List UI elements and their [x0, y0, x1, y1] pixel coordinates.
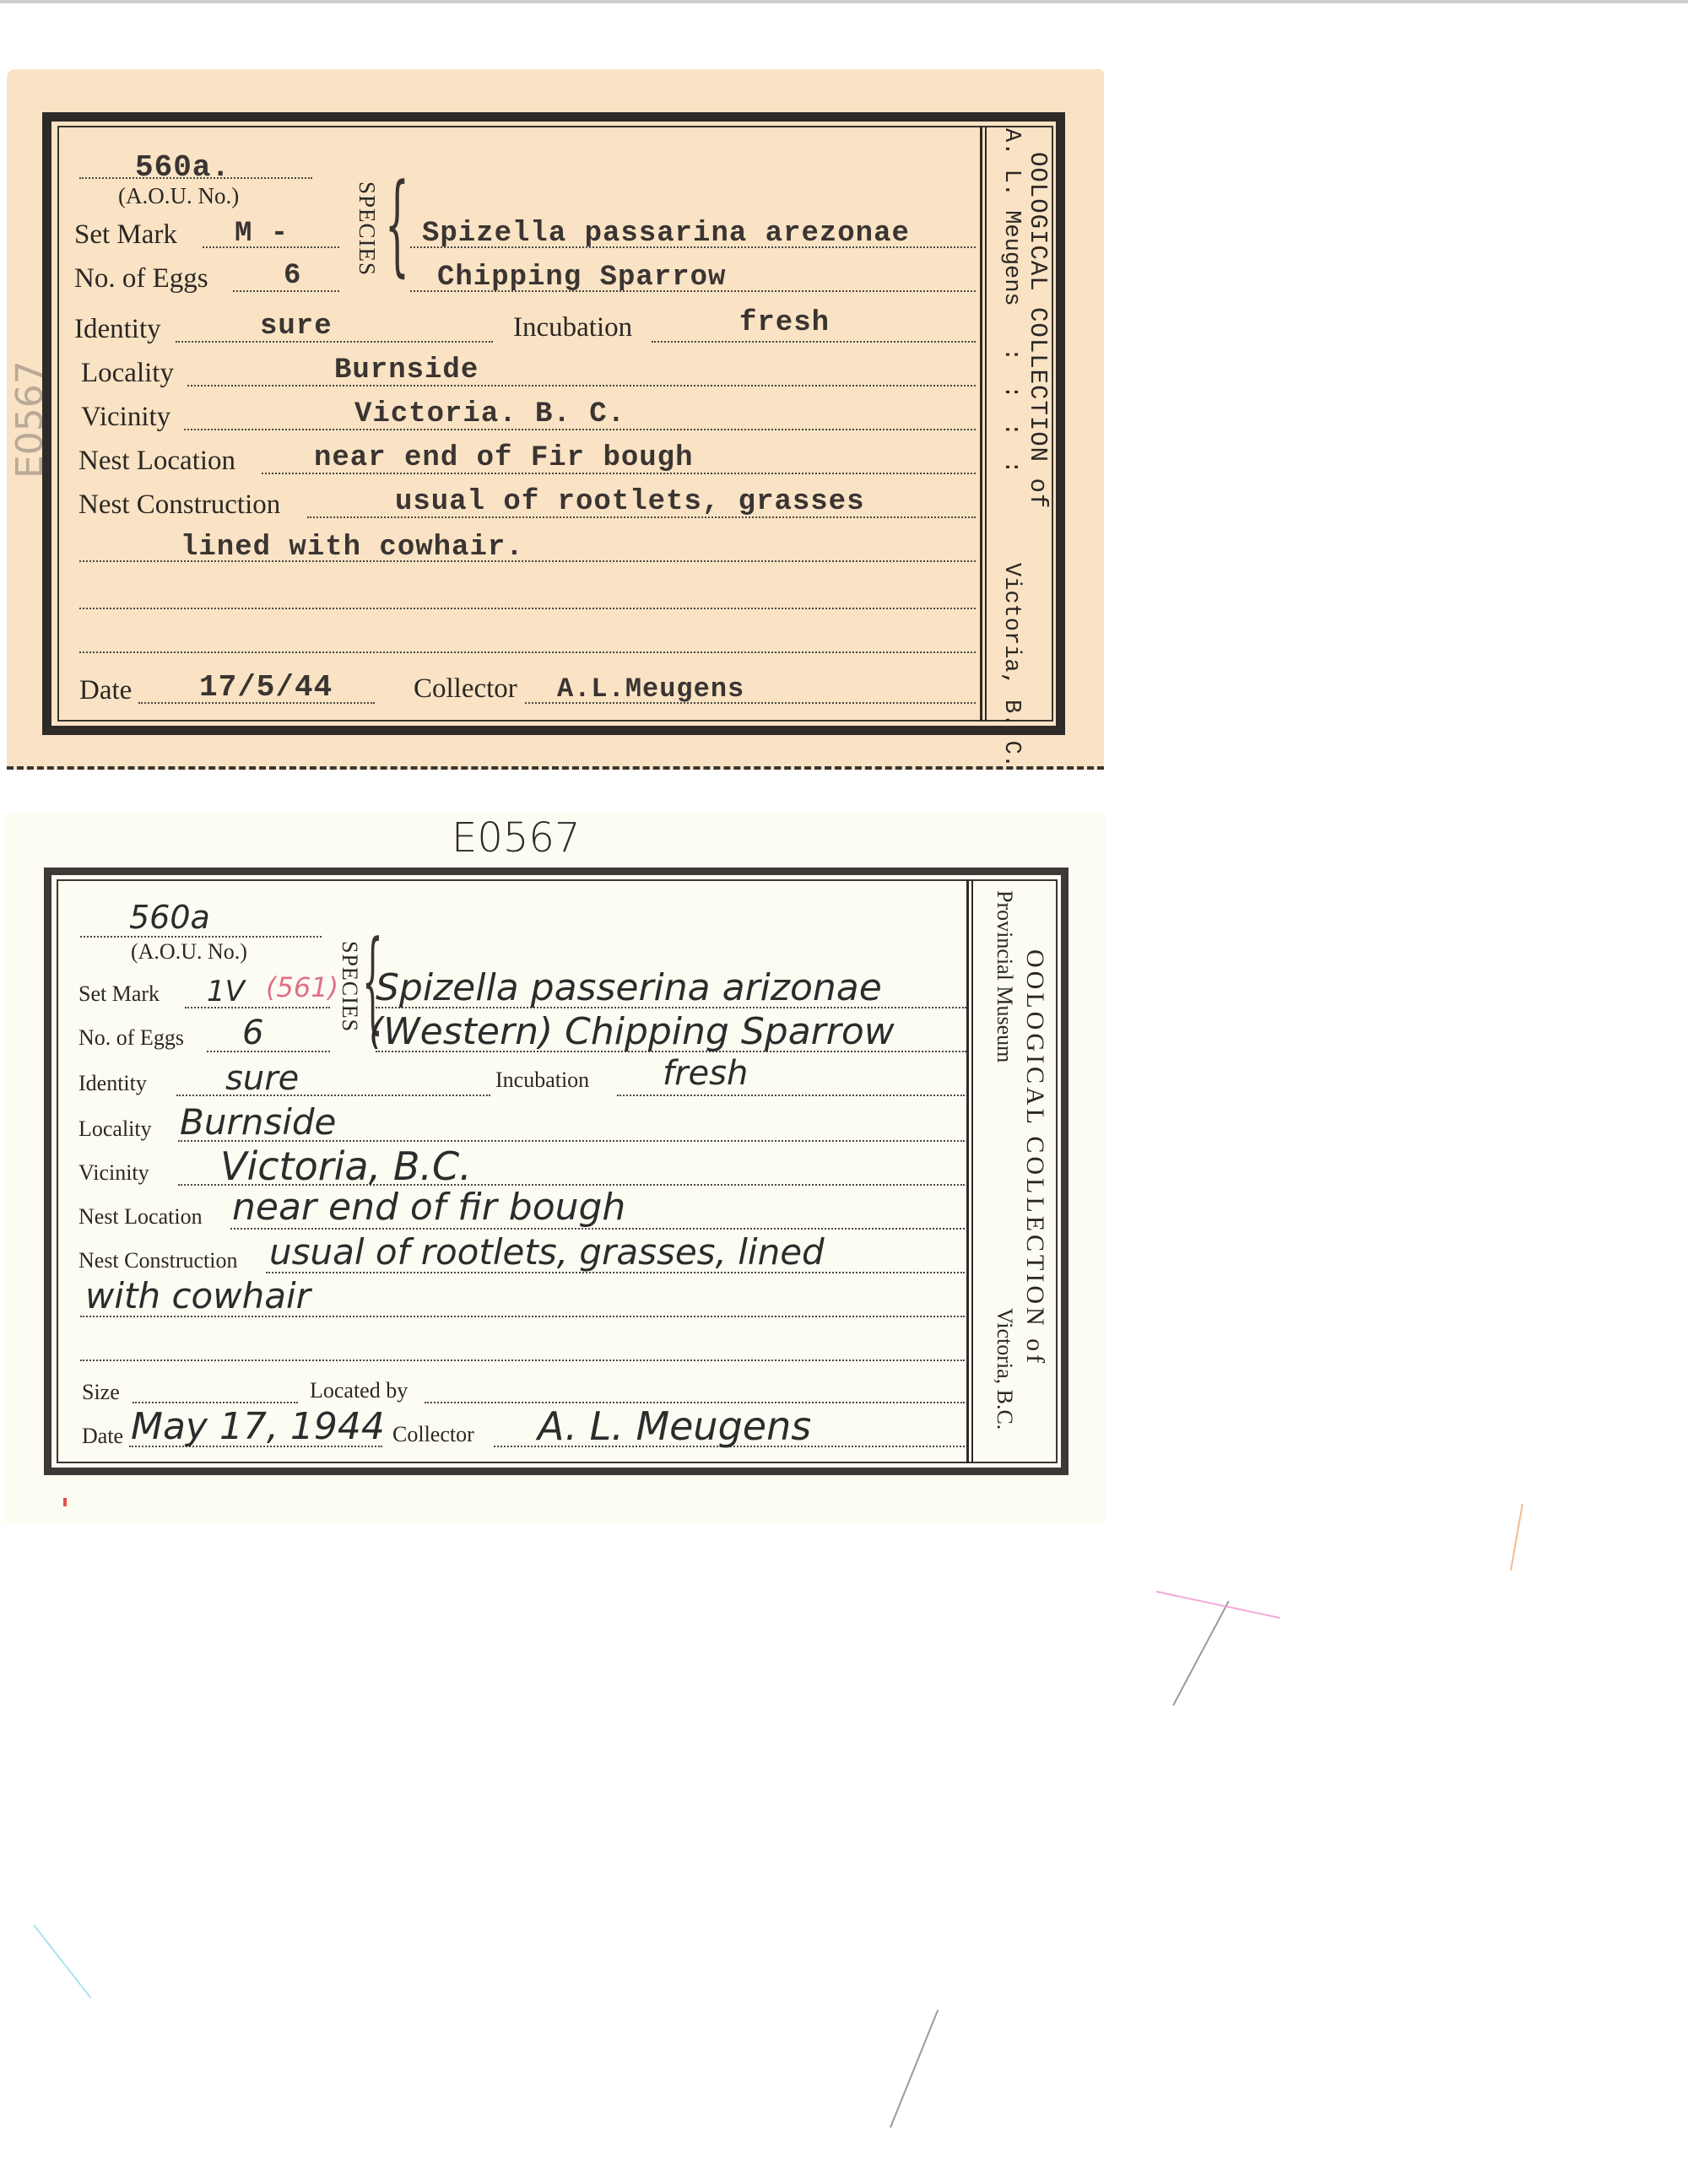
side-colons: : : : :: [998, 348, 1024, 478]
side-panel-divider: [966, 879, 973, 1463]
nest-construction-value-2: lined with cowhair.: [181, 532, 524, 564]
species-common: (Western) Chipping Sparrow: [369, 1010, 895, 1053]
identity-label: Identity: [78, 1071, 147, 1096]
locality-label: Locality: [78, 1116, 152, 1142]
nest-location-label: Nest Location: [78, 1204, 203, 1230]
date-value: 17/5/44: [199, 670, 333, 705]
nest-construction-value-2: with cowhair: [85, 1275, 311, 1316]
species-common: Chipping Sparrow: [437, 262, 726, 294]
eggs-label: No. of Eggs: [78, 1025, 184, 1051]
size-line: [133, 1402, 298, 1403]
vicinity-value: Victoria, B.C.: [220, 1143, 472, 1189]
collector-label: Collector: [392, 1422, 474, 1447]
set-mark-value: M -: [235, 218, 289, 250]
incubation-line: [617, 1095, 965, 1096]
vicinity-label: Vicinity: [78, 1160, 149, 1186]
nest-location-value: near end of Fir bough: [314, 442, 693, 474]
identity-line: [176, 341, 493, 343]
date-label: Date: [82, 1424, 123, 1449]
vicinity-value: Victoria. B. C.: [354, 398, 625, 430]
scan-top-edge: [0, 0, 1688, 3]
incubation-label: Incubation: [513, 312, 632, 343]
side-owner: A. L. Meugens: [998, 128, 1024, 306]
nest-construction-value-1: usual of rootlets, grasses: [395, 486, 865, 518]
blank-line-1: [80, 1360, 965, 1361]
incubation-value: fresh: [739, 307, 830, 339]
scan-artifact: [1510, 1504, 1523, 1570]
side-collection-title: OOLOGICAL COLLECTION of: [1024, 152, 1052, 509]
species-brace: {: [385, 169, 409, 278]
nest-construction-label: Nest Construction: [78, 489, 280, 521]
nest-construction-value-1: usual of rootlets, grasses, lined: [269, 1231, 825, 1273]
eggs-line: [207, 1051, 330, 1052]
set-mark-label: Set Mark: [74, 219, 177, 251]
species-scientific: Spizella passarina arezonae: [422, 218, 910, 250]
nest-location-label: Nest Location: [78, 446, 235, 477]
scan-artifact: [890, 2010, 939, 2128]
eggs-value: 6: [242, 1014, 263, 1052]
collector-value: A.L.Meugens: [557, 673, 744, 705]
identity-label: Identity: [74, 314, 161, 345]
nest-construction-label: Nest Construction: [78, 1248, 238, 1273]
identity-value: sure: [225, 1059, 299, 1098]
locality-value: Burnside: [334, 354, 479, 387]
incubation-label: Incubation: [495, 1068, 589, 1093]
aou-label: (A.O.U. No.): [118, 183, 239, 209]
vicinity-label: Vicinity: [81, 402, 170, 433]
side-panel-divider: [980, 126, 987, 722]
handwritten-specimen-card: E0567 OOLOGICAL COLLECTION of Provincial…: [4, 814, 1106, 1523]
blank-line-2: [79, 651, 976, 653]
date-label: Date: [79, 675, 132, 706]
aou-line: [80, 936, 322, 938]
size-label: Size: [82, 1380, 120, 1405]
blank-line-1: [79, 608, 976, 609]
locality-label: Locality: [81, 358, 174, 389]
aou-label: (A.O.U. No.): [131, 939, 247, 965]
eggs-label: No. of Eggs: [74, 263, 208, 295]
aou-number: 560a.: [135, 150, 230, 185]
set-mark-value: 1V: [207, 975, 245, 1008]
nest-location-value: near end of fir bough: [232, 1186, 625, 1229]
scan-artifact: [1172, 1601, 1229, 1706]
red-mark: [63, 1498, 67, 1506]
species-scientific: Spizella passerina arizonae: [376, 966, 882, 1009]
scan-artifact: [33, 1924, 91, 1998]
eggs-value: 6: [284, 260, 301, 292]
catalog-number: E0567: [452, 814, 580, 862]
species-label: SPECIES: [354, 181, 380, 276]
incubation-line: [652, 341, 976, 343]
set-mark-red-note: (561): [266, 971, 338, 1003]
side-place: Victoria, B.C.: [992, 1308, 1017, 1430]
located-by-label: Located by: [310, 1378, 408, 1403]
perforation-line: [7, 766, 1104, 770]
collector-label: Collector: [414, 673, 517, 705]
date-value: May 17, 1944: [131, 1405, 385, 1448]
scan-artifact: [1156, 1591, 1280, 1619]
side-collection-title: OOLOGICAL COLLECTION of: [1020, 949, 1049, 1366]
incubation-value: fresh: [663, 1054, 748, 1093]
identity-line: [176, 1095, 490, 1096]
identity-value: sure: [260, 311, 333, 343]
collector-value: A. L. Meugens: [538, 1403, 811, 1449]
aou-number: 560a: [129, 899, 210, 936]
side-place: Victoria, B. C.: [998, 563, 1024, 768]
species-label: SPECIES: [337, 941, 362, 1032]
typed-specimen-card: E0567 OOLOGICAL COLLECTION of A. L. Meug…: [7, 69, 1104, 770]
side-owner: Provincial Museum: [992, 890, 1017, 1062]
locality-line: [187, 385, 976, 387]
locality-value: Burnside: [180, 1101, 336, 1143]
set-mark-label: Set Mark: [78, 981, 160, 1007]
